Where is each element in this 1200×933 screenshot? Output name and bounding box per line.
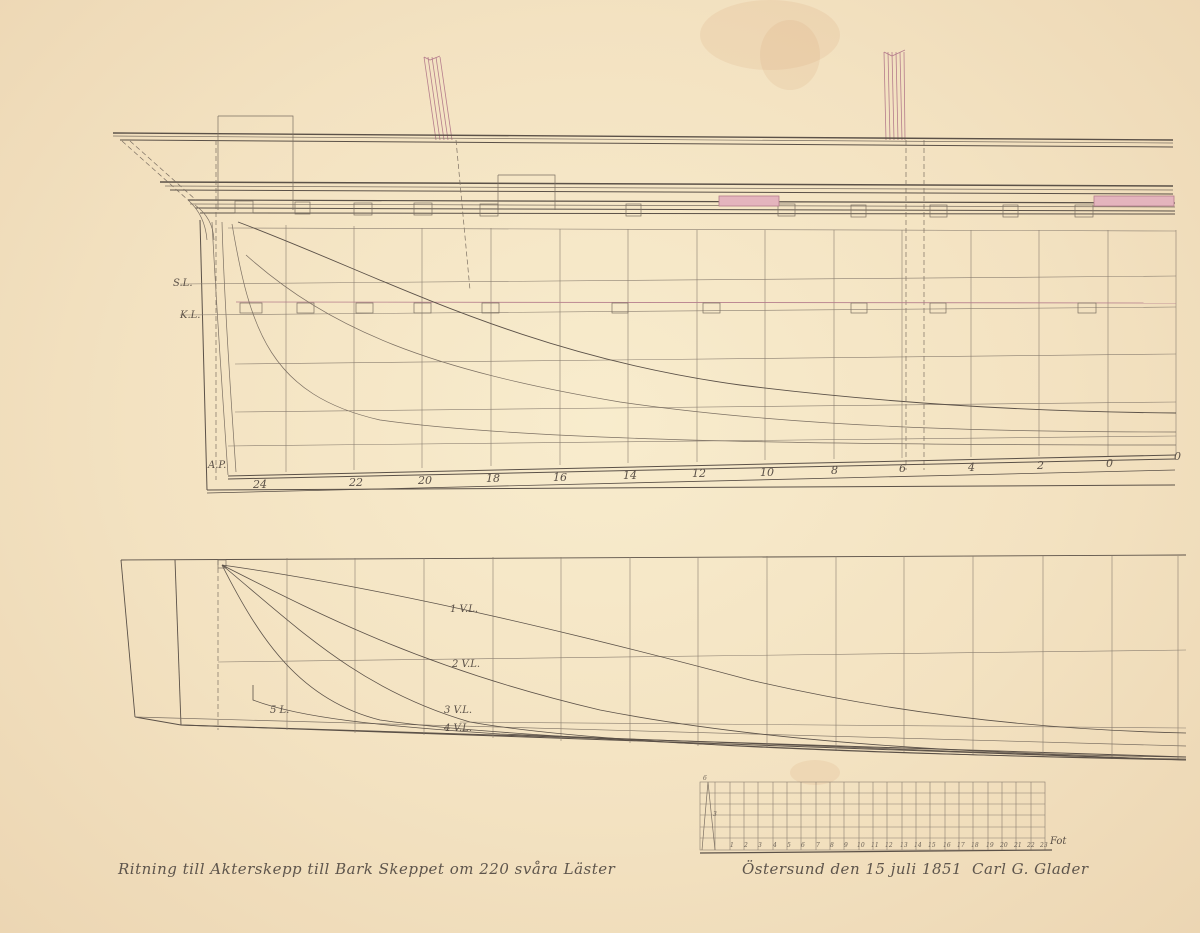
station-label: 8 <box>831 464 838 477</box>
drawing-sheet: S.L. K.L. A.P. 24 22 20 18 16 14 12 10 8… <box>0 0 1200 933</box>
scale-tick-label: 13 <box>900 842 908 849</box>
station-label: 6 <box>899 462 906 475</box>
station-label: 0 <box>1106 457 1113 470</box>
scale-tick-label: 16 <box>943 842 951 849</box>
scale-bar <box>0 0 1200 933</box>
waterline-label-kl: K.L. <box>180 310 200 321</box>
scale-tick-label: 3 <box>758 842 762 849</box>
scale-tick-label: 19 <box>986 842 994 849</box>
scale-tick-label: 11 <box>871 842 879 849</box>
scale-tick-label: 8 <box>830 842 834 849</box>
signature: Carl G. Glader <box>972 860 1089 878</box>
waterline-label: 3 V.L. <box>444 705 472 716</box>
scale-top-label: 6 <box>703 775 707 782</box>
station-label: 24 <box>253 478 267 491</box>
station-label: 4 <box>968 461 975 474</box>
scale-tick-label: 23 <box>1040 842 1048 849</box>
scale-tick-label: 10 <box>857 842 865 849</box>
scale-tick-label: 22 <box>1027 842 1035 849</box>
drawing-title: Ritning till Akterskepp till Bark Skeppe… <box>118 860 615 878</box>
scale-tick-label: 6 <box>801 842 805 849</box>
station-label: 14 <box>623 469 637 482</box>
station-label: 18 <box>486 472 500 485</box>
scale-tick-label: 7 <box>816 842 820 849</box>
scale-tick-label: 15 <box>928 842 936 849</box>
scale-unit-label: Fot <box>1050 836 1066 847</box>
scale-tick-label: 17 <box>957 842 965 849</box>
scale-tick-label: 14 <box>914 842 922 849</box>
station-label: 12 <box>692 467 706 480</box>
station-label: 22 <box>349 476 363 489</box>
scale-tick-label: 9 <box>844 842 848 849</box>
waterline-label: 4 V.L. <box>444 723 472 734</box>
station-label: 2 <box>1037 459 1044 472</box>
scale-tick-label: 12 <box>885 842 893 849</box>
waterline-label: 2 V.L. <box>452 659 480 670</box>
scale-tick-label: 5 <box>787 842 791 849</box>
place-date: Östersund den 15 juli 1851 <box>742 860 962 878</box>
waterline-label: 5 L. <box>270 705 289 716</box>
waterline-label-sl: S.L. <box>173 278 193 289</box>
after-perpendicular-label: A.P. <box>208 460 226 471</box>
scale-tick-label: 4 <box>773 842 777 849</box>
waterline-label: 1 V.L. <box>450 604 478 615</box>
station-label: 0 <box>1174 450 1181 463</box>
station-label: 10 <box>760 466 774 479</box>
scale-tick-label: 18 <box>971 842 979 849</box>
scale-tick-label: 21 <box>1014 842 1022 849</box>
station-label: 16 <box>553 471 567 484</box>
station-label: 20 <box>418 474 432 487</box>
scale-tick-label: 2 <box>744 842 748 849</box>
scale-tick-label: 1 <box>730 842 734 849</box>
scale-mid-label: 3 <box>713 811 717 818</box>
scale-tick-label: 20 <box>1000 842 1008 849</box>
